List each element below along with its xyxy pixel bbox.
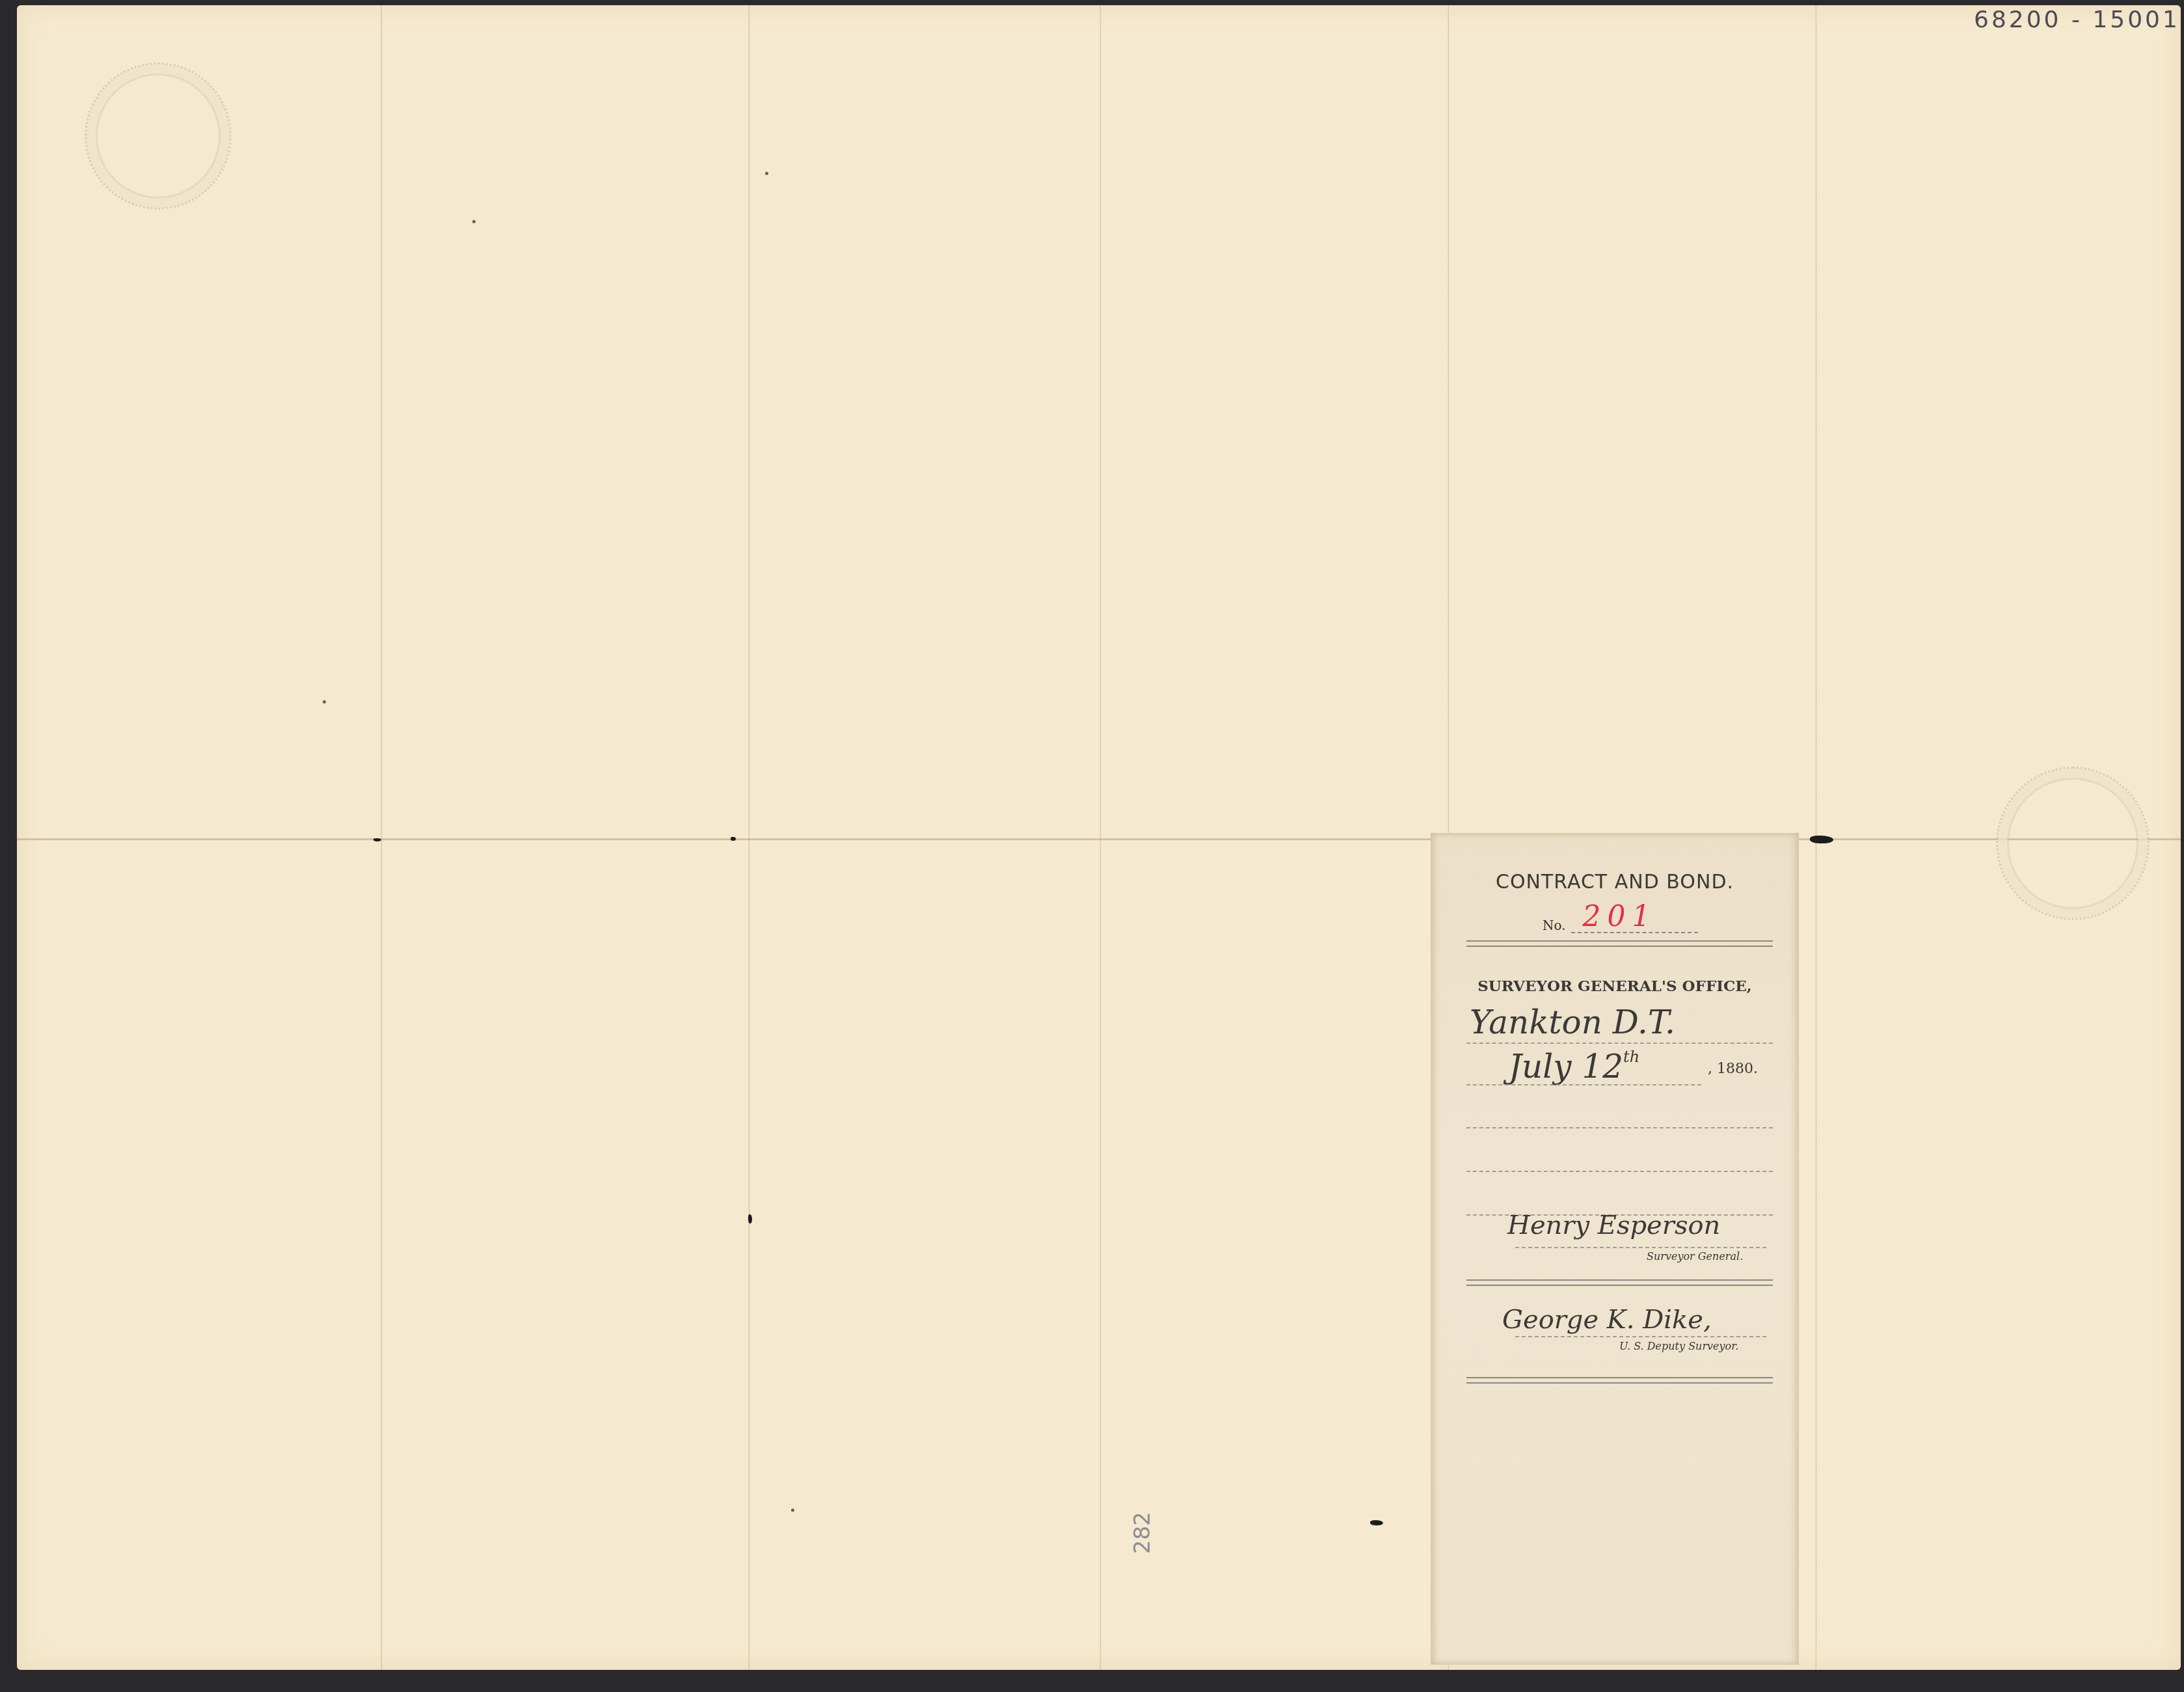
paper-speck [472, 220, 476, 223]
fold-tear [1810, 836, 1833, 843]
embossed-seal-icon [1996, 767, 2150, 920]
margin-pencil-note: 282 [1129, 1512, 1155, 1554]
blank-line-1 [1466, 1127, 1773, 1128]
contract-number: 201 [1583, 900, 1657, 933]
vertical-fold-2 [748, 5, 750, 1670]
number-label: No. [1543, 918, 1566, 933]
year-printed: , 1880. [1708, 1061, 1758, 1077]
embossed-seal-icon [85, 62, 232, 210]
blank-line-2 [1466, 1171, 1773, 1172]
surveyor-general-title: Surveyor General. [1647, 1250, 1743, 1262]
paper-speck [791, 1508, 794, 1512]
surveyor-general-signature: Henry Esperson [1507, 1210, 1720, 1240]
place-line [1466, 1043, 1773, 1044]
fold-tear [1370, 1520, 1383, 1525]
fold-tear [748, 1214, 752, 1223]
contract-cover-panel: CONTRACT AND BOND. No. 201 SURVEYOR GENE… [1431, 833, 1799, 1665]
date-line [1466, 1084, 1701, 1085]
archive-number-note: 68200 - 15001 [1974, 7, 2180, 33]
double-rule [1466, 1377, 1773, 1384]
fold-tear [731, 837, 736, 841]
deputy-surveyor-title: U. S. Deputy Surveyor. [1619, 1340, 1738, 1352]
paper-speck [765, 172, 768, 175]
fold-tear [373, 838, 381, 841]
vertical-fold-1 [381, 5, 383, 1670]
double-rule [1466, 940, 1773, 947]
place-handwritten: Yankton D.T. [1470, 1003, 1675, 1041]
document-title: CONTRACT AND BOND. [1431, 871, 1799, 894]
signature-line-1 [1515, 1247, 1766, 1248]
contract-number-row: No. 201 [1543, 912, 1698, 933]
folded-document-sheet: 68200 - 15001 282 [17, 5, 2181, 1670]
deputy-surveyor-signature: George K. Dike, [1502, 1305, 1712, 1335]
number-line: 201 [1571, 912, 1698, 933]
date-suffix: th [1623, 1048, 1639, 1066]
date-handwritten: July 12th [1509, 1048, 1639, 1085]
office-heading: SURVEYOR GENERAL'S OFFICE, [1431, 977, 1799, 995]
paper-speck [323, 700, 326, 703]
horizontal-fold [17, 838, 2181, 841]
date-text: July 12 [1509, 1048, 1623, 1085]
signature-line-2 [1515, 1336, 1766, 1337]
double-rule [1466, 1279, 1773, 1286]
vertical-fold-3 [1099, 5, 1101, 1670]
